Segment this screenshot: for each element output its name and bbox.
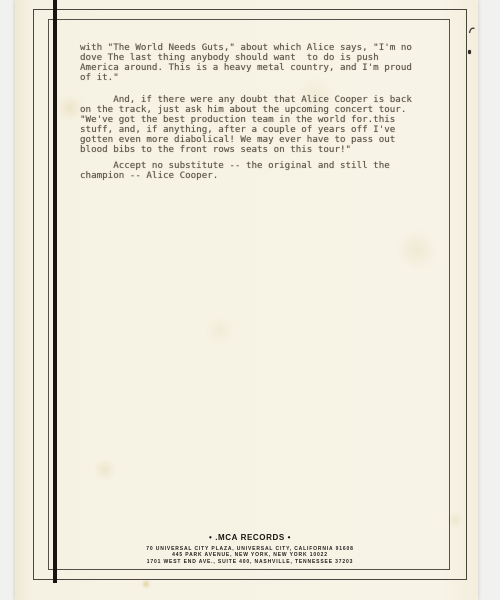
text-line: America around. This is a heavy metal co…: [80, 63, 430, 73]
label-addresses: 70 UNIVERSAL CITY PLAZA, UNIVERSAL CITY,…: [33, 546, 467, 565]
text-line: of it.": [80, 73, 430, 83]
scanned-press-release: with "The World Needs Guts," about which…: [0, 0, 500, 600]
mca-records-logo: • .MCA RECORDS •: [33, 533, 467, 542]
paragraph: Accept no substitute -- the original and…: [80, 161, 430, 181]
thick-vertical-rule: [53, 0, 57, 583]
address-line: 1701 WEST END AVE., SUITE 400, NASHVILLE…: [33, 559, 467, 565]
paragraph: with "The World Needs Guts," about which…: [80, 43, 430, 83]
record-label-footer: • .MCA RECORDS • 70 UNIVERSAL CITY PLAZA…: [33, 533, 467, 565]
typewritten-body: with "The World Needs Guts," about which…: [80, 43, 430, 181]
paragraph: And, if there were any doubt that Alice …: [80, 95, 430, 155]
pen-mark-icon: [468, 50, 471, 54]
text-line: champion -- Alice Cooper.: [80, 171, 430, 181]
pen-mark-icon: [468, 22, 476, 40]
text-line: blood bibs to the front rows seats on th…: [80, 145, 430, 155]
